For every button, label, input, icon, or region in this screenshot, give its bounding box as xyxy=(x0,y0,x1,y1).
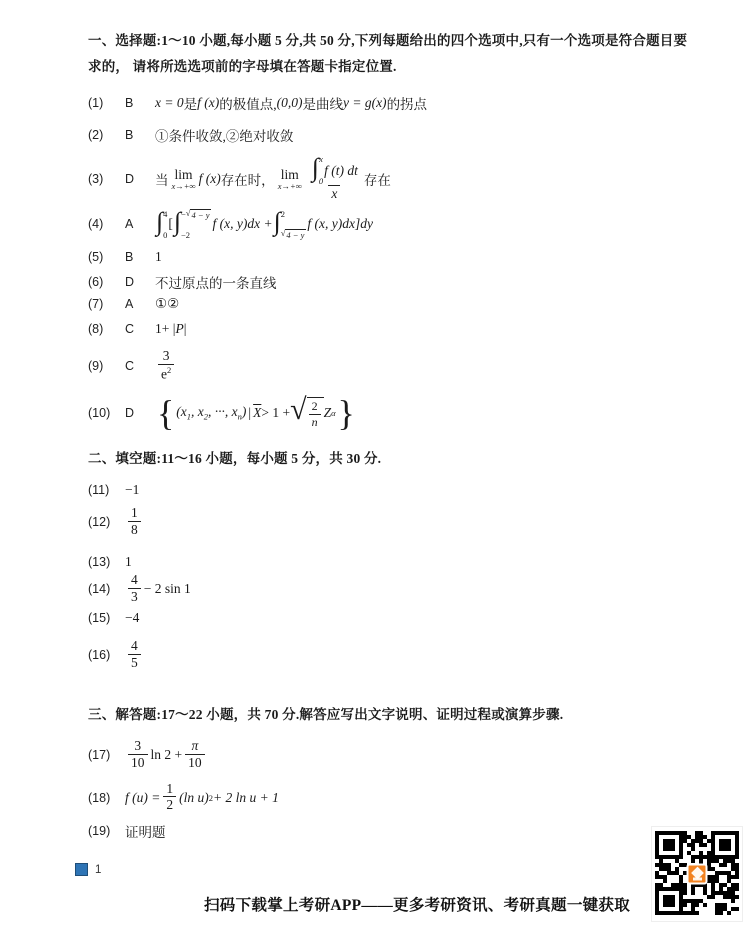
question-number: (9) xyxy=(88,359,125,373)
answer-expression: 3e2 xyxy=(155,348,177,383)
brace-right: } xyxy=(338,395,355,431)
section1-title: 一、选择题:1～10 小题,每小题 5 分,共 50 分,下列每题给出的四个选项… xyxy=(0,0,694,79)
mc-answer-row-10: (10) D { (x1, x2, ···, xn) | X > 1 + √2n… xyxy=(0,390,750,436)
answer-letter: B xyxy=(125,250,155,264)
text-fragment: 的极值点, xyxy=(219,93,276,113)
integral-upper: x xyxy=(319,155,323,165)
answer-expression: 1 xyxy=(155,249,162,265)
answer-letter: C xyxy=(125,322,155,336)
fill-answer-row-11: (11) −1 xyxy=(0,482,750,498)
math-fragment: f (x) xyxy=(197,95,219,111)
integral-icon: ∫ xyxy=(312,155,319,181)
math-fragment: f (x) xyxy=(199,171,221,187)
text-fragment: 存在 xyxy=(364,169,391,189)
fraction: 12 xyxy=(163,781,176,814)
math-fragment: ln 2 + xyxy=(151,747,183,763)
bracket: [ xyxy=(168,216,173,232)
answer-expression: 45 xyxy=(125,638,144,671)
x-bar: X xyxy=(253,405,261,421)
math-fragment: f (x, y)dx]dy xyxy=(307,216,373,232)
math-fragment: P xyxy=(175,321,183,337)
sqrt: √4 − y xyxy=(186,209,212,220)
integral-upper: −√4 − y xyxy=(181,209,211,220)
integral-lower: √4 − y xyxy=(281,229,307,240)
integral: ∫2√4 − y xyxy=(274,209,307,239)
answer-letter: D xyxy=(125,406,155,420)
fraction: 43 xyxy=(128,572,141,605)
integral: ∫−√4 − y−2 xyxy=(174,209,212,239)
question-number: (4) xyxy=(88,217,125,231)
solve-answer-row-19: (19) 证明题 xyxy=(0,821,750,841)
z-subscript: α xyxy=(331,408,335,418)
mc-answer-row-9: (9) C 3e2 xyxy=(0,347,750,384)
math-fragment: − 2 sin 1 xyxy=(144,581,191,597)
answer-expression: f (u) = 12 (ln u)2 + 2 ln u + 1 xyxy=(125,781,279,814)
fraction-numerator: ∫x0f (t) dt xyxy=(308,155,361,185)
page-marker: 1 xyxy=(75,863,101,876)
question-number: (18) xyxy=(88,791,125,805)
question-number: (10) xyxy=(88,406,125,420)
answer-expression: 18 xyxy=(125,505,144,538)
answer-expression: 1+ | P | xyxy=(155,321,186,337)
lim-subscript: x→+∞ xyxy=(172,182,196,191)
question-number: (15) xyxy=(88,611,125,625)
app-logo-icon xyxy=(687,864,708,885)
answer-expression: x = 0 是 f (x) 的极值点,(0,0) 是曲线 y = g(x) 的拐… xyxy=(155,93,427,113)
integral: ∫x0 xyxy=(312,155,323,185)
section3-title: 三、解答题:17～22 小题，共 70 分.解答应写出文字说明、证明过程或演算步… xyxy=(0,702,694,728)
fraction: 18 xyxy=(128,505,141,538)
text-fragment: 是曲线 xyxy=(302,93,343,113)
fraction: 310 xyxy=(128,738,148,771)
fraction: 2n xyxy=(309,400,321,430)
fill-answer-row-16: (16) 45 xyxy=(0,637,750,673)
integral-lower: 0 xyxy=(163,230,167,240)
mc-answer-row-5: (5) B 1 xyxy=(0,249,750,265)
qr-code xyxy=(652,827,742,921)
solve-answer-row-18: (18) f (u) = 12 (ln u)2 + 2 ln u + 1 xyxy=(0,781,750,814)
math-fragment: 1+ | xyxy=(155,321,175,337)
limit-operator: limx→+∞ xyxy=(172,168,196,191)
math-fragment: (0,0) xyxy=(277,95,303,111)
mc-answer-row-1: (1) B x = 0 是 f (x) 的极值点,(0,0) 是曲线 y = g… xyxy=(0,93,750,113)
answer-expression: 证明题 xyxy=(125,821,166,841)
integral-lower: −2 xyxy=(181,230,211,240)
sqrt: √4 − y xyxy=(281,229,307,240)
math-fragment: f (x, y)dx + xyxy=(212,216,272,232)
math-fragment: (ln u) xyxy=(179,790,209,806)
answer-letter: B xyxy=(125,96,155,110)
sqrt: √2n xyxy=(290,397,323,430)
lim-word: lim xyxy=(281,168,299,182)
fill-answer-row-15: (15) −4 xyxy=(0,610,750,626)
question-number: (1) xyxy=(88,96,125,110)
mc-answer-row-4: (4) A ∫40 [ ∫−√4 − y−2 f (x, y)dx + ∫2√4… xyxy=(0,207,750,241)
math-fragment: | xyxy=(184,321,187,337)
question-number: (12) xyxy=(88,515,125,529)
solve-answer-row-17: (17) 310 ln 2 + π10 xyxy=(0,738,750,771)
math-fragment: f (u) = xyxy=(125,790,160,806)
math-fragment: Z xyxy=(324,405,332,421)
math-fragment: > 1 + xyxy=(261,405,290,421)
text-fragment: 的拐点 xyxy=(387,93,428,113)
answer-expression: ①② xyxy=(155,296,179,312)
answer-expression: −1 xyxy=(125,482,139,498)
fraction: π10 xyxy=(185,738,205,771)
answer-expression: 不过原点的一条直线 xyxy=(155,272,277,292)
answer-expression: ∫40 [ ∫−√4 − y−2 f (x, y)dx + ∫2√4 − y f… xyxy=(155,209,373,239)
fraction-denominator: x xyxy=(328,185,340,203)
lim-subscript: x→+∞ xyxy=(278,182,302,191)
answer-expression: 当 limx→+∞ f (x) 存在时， limx→+∞ ∫x0f (t) dt… xyxy=(155,155,391,203)
answer-expression: 43 − 2 sin 1 xyxy=(125,572,191,605)
mc-answer-row-3: (3) D 当 limx→+∞ f (x) 存在时， limx→+∞ ∫x0f … xyxy=(0,155,750,203)
question-number: (2) xyxy=(88,128,125,142)
fraction-denominator: e2 xyxy=(158,364,174,383)
fill-answer-row-13: (13) 1 xyxy=(0,554,750,570)
answer-letter: D xyxy=(125,172,155,186)
math-fragment: x = 0 xyxy=(155,95,184,111)
fraction: ∫x0f (t) dt x xyxy=(308,155,361,203)
sample-tuple: (x1, x2, ···, xn) xyxy=(176,404,246,422)
question-number: (14) xyxy=(88,582,125,596)
answer-letter: C xyxy=(125,359,155,373)
answer-expression: { (x1, x2, ···, xn) | X > 1 + √2n Zα } xyxy=(155,395,357,431)
answer-expression: 1 xyxy=(125,554,132,570)
section2-title: 二、填空题:11～16 小题，每小题 5 分，共 30 分. xyxy=(0,446,694,472)
page-number: 1 xyxy=(95,864,101,876)
footer-promo-text: 扫码下载掌上考研APP——更多考研资讯、考研真题一键获取 xyxy=(204,893,630,915)
fill-answer-row-14: (14) 43 − 2 sin 1 xyxy=(0,572,750,606)
integral-lower: 0 xyxy=(319,177,323,187)
integral-icon: ∫ xyxy=(274,209,281,235)
question-number: (11) xyxy=(88,483,125,497)
fraction: 3e2 xyxy=(158,348,174,383)
question-number: (3) xyxy=(88,172,125,186)
question-number: (13) xyxy=(88,555,125,569)
math-fragment: + 2 ln u + 1 xyxy=(213,790,279,806)
text-fragment: 当 xyxy=(155,169,169,189)
math-fragment: f (t) dt xyxy=(324,163,358,179)
integral-upper: 4 xyxy=(163,209,167,219)
fraction: 45 xyxy=(128,638,141,671)
page-marker-square-icon xyxy=(75,863,88,876)
answer-expression: 310 ln 2 + π10 xyxy=(125,738,208,771)
question-number: (5) xyxy=(88,250,125,264)
exam-answer-page: 一、选择题:1～10 小题,每小题 5 分,共 50 分,下列每题给出的四个选项… xyxy=(0,0,750,935)
question-number: (17) xyxy=(88,748,125,762)
question-number: (8) xyxy=(88,322,125,336)
answer-expression: ①条件收敛,②绝对收敛 xyxy=(155,125,293,145)
question-number: (7) xyxy=(88,297,125,311)
lim-word: lim xyxy=(175,168,193,182)
brace-left: { xyxy=(157,395,174,431)
mc-answer-row-2: (2) B ①条件收敛,②绝对收敛 xyxy=(0,125,750,145)
text-fragment: 存在时， xyxy=(221,169,275,189)
mc-answer-row-7: (7) A ①② xyxy=(0,296,750,312)
mc-answer-row-6: (6) D 不过原点的一条直线 xyxy=(0,272,750,292)
limit-operator: limx→+∞ xyxy=(278,168,302,191)
sqrt-icon: √ xyxy=(290,395,306,425)
answer-expression: −4 xyxy=(125,610,139,626)
integral-icon: ∫ xyxy=(174,209,181,235)
integral-icon: ∫ xyxy=(156,209,163,235)
question-number: (16) xyxy=(88,648,125,662)
answer-letter: A xyxy=(125,297,155,311)
integral-upper: 2 xyxy=(281,209,307,219)
sqrt-body: 2n xyxy=(307,397,324,430)
answer-letter: B xyxy=(125,128,155,142)
text-fragment: 是 xyxy=(184,93,198,113)
mc-answer-row-8: (8) C 1+ | P | xyxy=(0,321,750,337)
question-number: (19) xyxy=(88,824,125,838)
math-fragment: y = g(x) xyxy=(343,95,387,111)
answer-letter: D xyxy=(125,275,155,289)
fraction-numerator: 3 xyxy=(160,348,173,364)
question-number: (6) xyxy=(88,275,125,289)
answer-letter: A xyxy=(125,217,155,231)
fill-answer-row-12: (12) 18 xyxy=(0,504,750,540)
integral: ∫40 xyxy=(156,209,167,239)
